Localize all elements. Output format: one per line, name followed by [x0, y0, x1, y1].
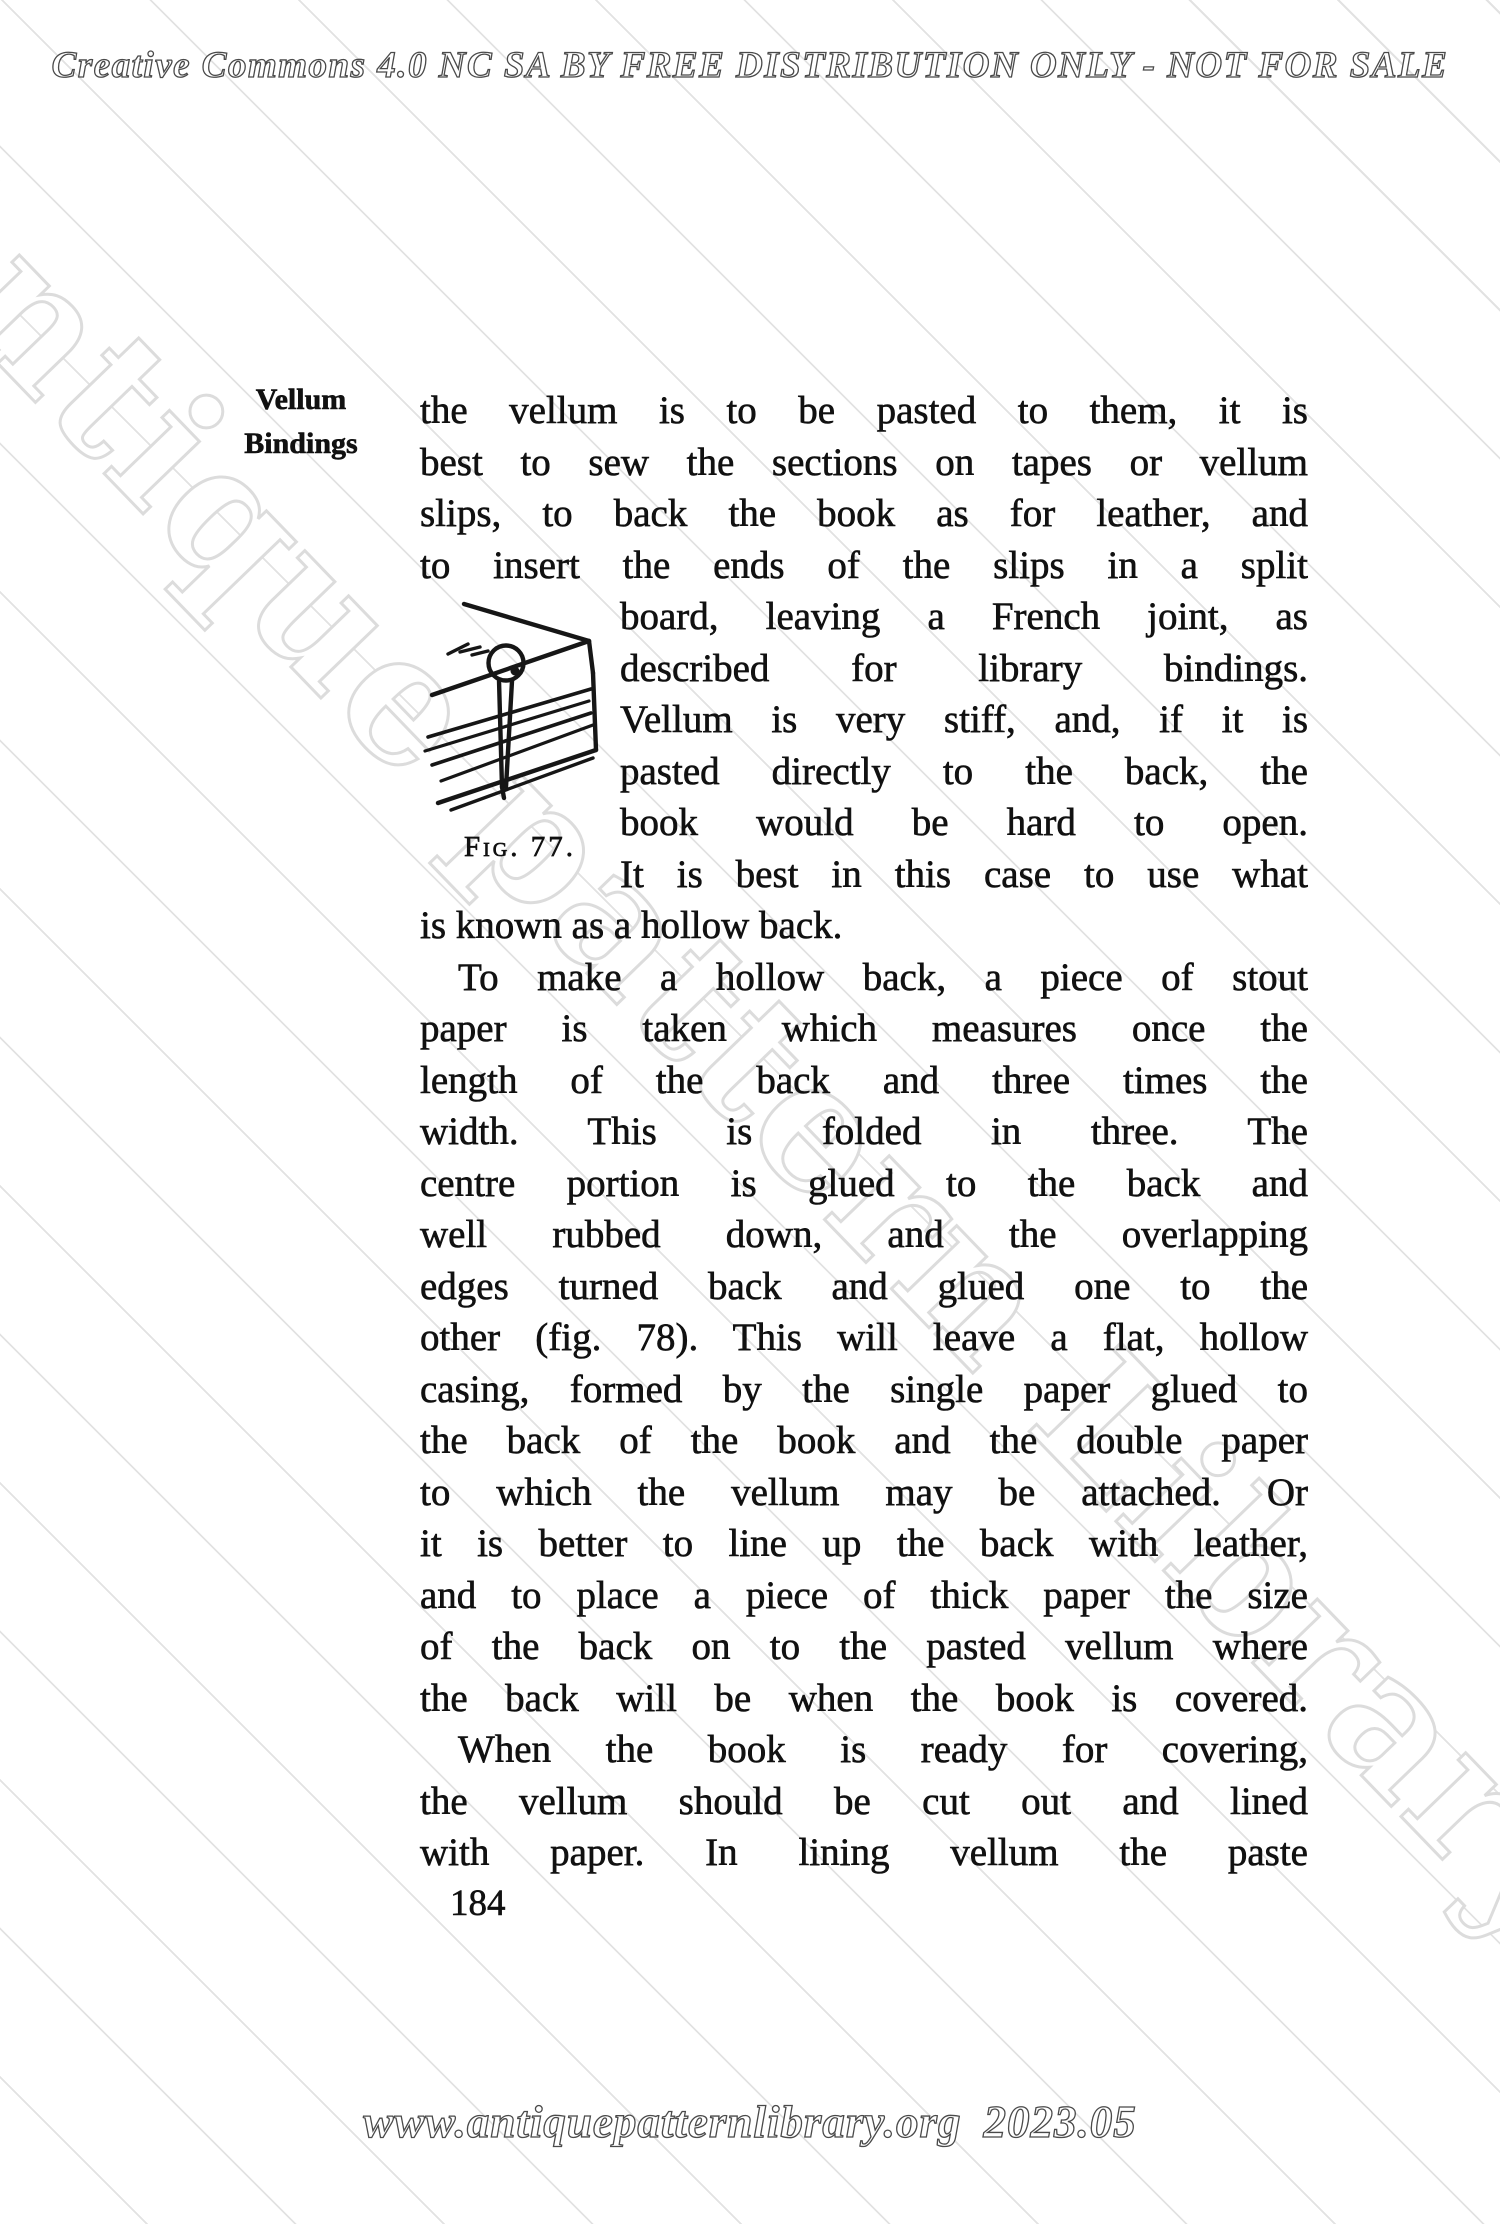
text-line: and to place a piece of thick paper the …: [420, 1570, 1308, 1622]
text-line: It is best in this case to use what: [620, 849, 1308, 901]
text-line: the back will be when the book is covere…: [420, 1673, 1308, 1725]
text-line: slips, to back the book as for leather, …: [420, 488, 1308, 540]
book-corner-with-pin-illustration: [422, 595, 607, 827]
text-line: pasted directly to the back, the: [620, 746, 1308, 798]
margin-note-line2: Bindings: [226, 422, 376, 466]
paragraph-top: the vellum is to be pasted to them, it i…: [420, 385, 1308, 591]
text-line: best to sew the sections on tapes or vel…: [420, 437, 1308, 489]
text-line: it is better to line up the back with le…: [420, 1518, 1308, 1570]
page-number: 184: [450, 1882, 506, 1925]
text-line: To make a hollow back, a piece of stout: [420, 952, 1308, 1004]
text-line: the vellum is to be pasted to them, it i…: [420, 385, 1308, 437]
paragraph-beside-figure: board, leaving a French joint, asdescrib…: [620, 591, 1308, 900]
text-line: board, leaving a French joint, as: [620, 591, 1308, 643]
figure-and-text-band: Fig. 77. board, leaving a French joint, …: [420, 591, 1308, 900]
margin-note-line1: Vellum: [226, 378, 376, 422]
margin-note-vellum-bindings: Vellum Bindings: [226, 378, 376, 466]
paragraph-main: is known as a hollow back.To make a holl…: [420, 900, 1308, 1879]
text-line: the vellum should be cut out and lined: [420, 1776, 1308, 1828]
text-line: well rubbed down, and the overlapping: [420, 1209, 1308, 1261]
figure-block: Fig. 77.: [420, 591, 620, 900]
text-line: to which the vellum may be attached. Or: [420, 1467, 1308, 1519]
text-line: of the back on to the pasted vellum wher…: [420, 1621, 1308, 1673]
text-line: to insert the ends of the slips in a spl…: [420, 540, 1308, 592]
text-line: the back of the book and the double pape…: [420, 1415, 1308, 1467]
figure-caption: Fig. 77.: [420, 831, 620, 864]
text-line: book would be hard to open.: [620, 797, 1308, 849]
text-line: centre portion is glued to the back and: [420, 1158, 1308, 1210]
text-line: is known as a hollow back.: [420, 900, 1308, 952]
text-line: described for library bindings.: [620, 643, 1308, 695]
scanned-book-page: { "header": { "license_text": "Creative …: [0, 0, 1500, 2224]
text-line: paper is taken which measures once the: [420, 1003, 1308, 1055]
text-line: other (fig. 78). This will leave a flat,…: [420, 1312, 1308, 1364]
text-line: edges turned back and glued one to the: [420, 1261, 1308, 1313]
text-line: When the book is ready for covering,: [420, 1724, 1308, 1776]
footer-site-url: www.antiquepatternlibrary.org: [363, 2097, 961, 2147]
text-line: width. This is folded in three. The: [420, 1106, 1308, 1158]
text-line: casing, formed by the single paper glued…: [420, 1364, 1308, 1416]
footer-edition: 2023.05: [984, 2097, 1137, 2147]
license-header: Creative Commons 4.0 NC SA BY FREE DISTR…: [0, 44, 1500, 87]
text-line: with paper. In lining vellum the paste: [420, 1827, 1308, 1879]
footer-watermark: www.antiquepatternlibrary.org2023.05: [0, 2096, 1500, 2148]
text-line: length of the back and three times the: [420, 1055, 1308, 1107]
text-line: Vellum is very stiff, and, if it is: [620, 694, 1308, 746]
